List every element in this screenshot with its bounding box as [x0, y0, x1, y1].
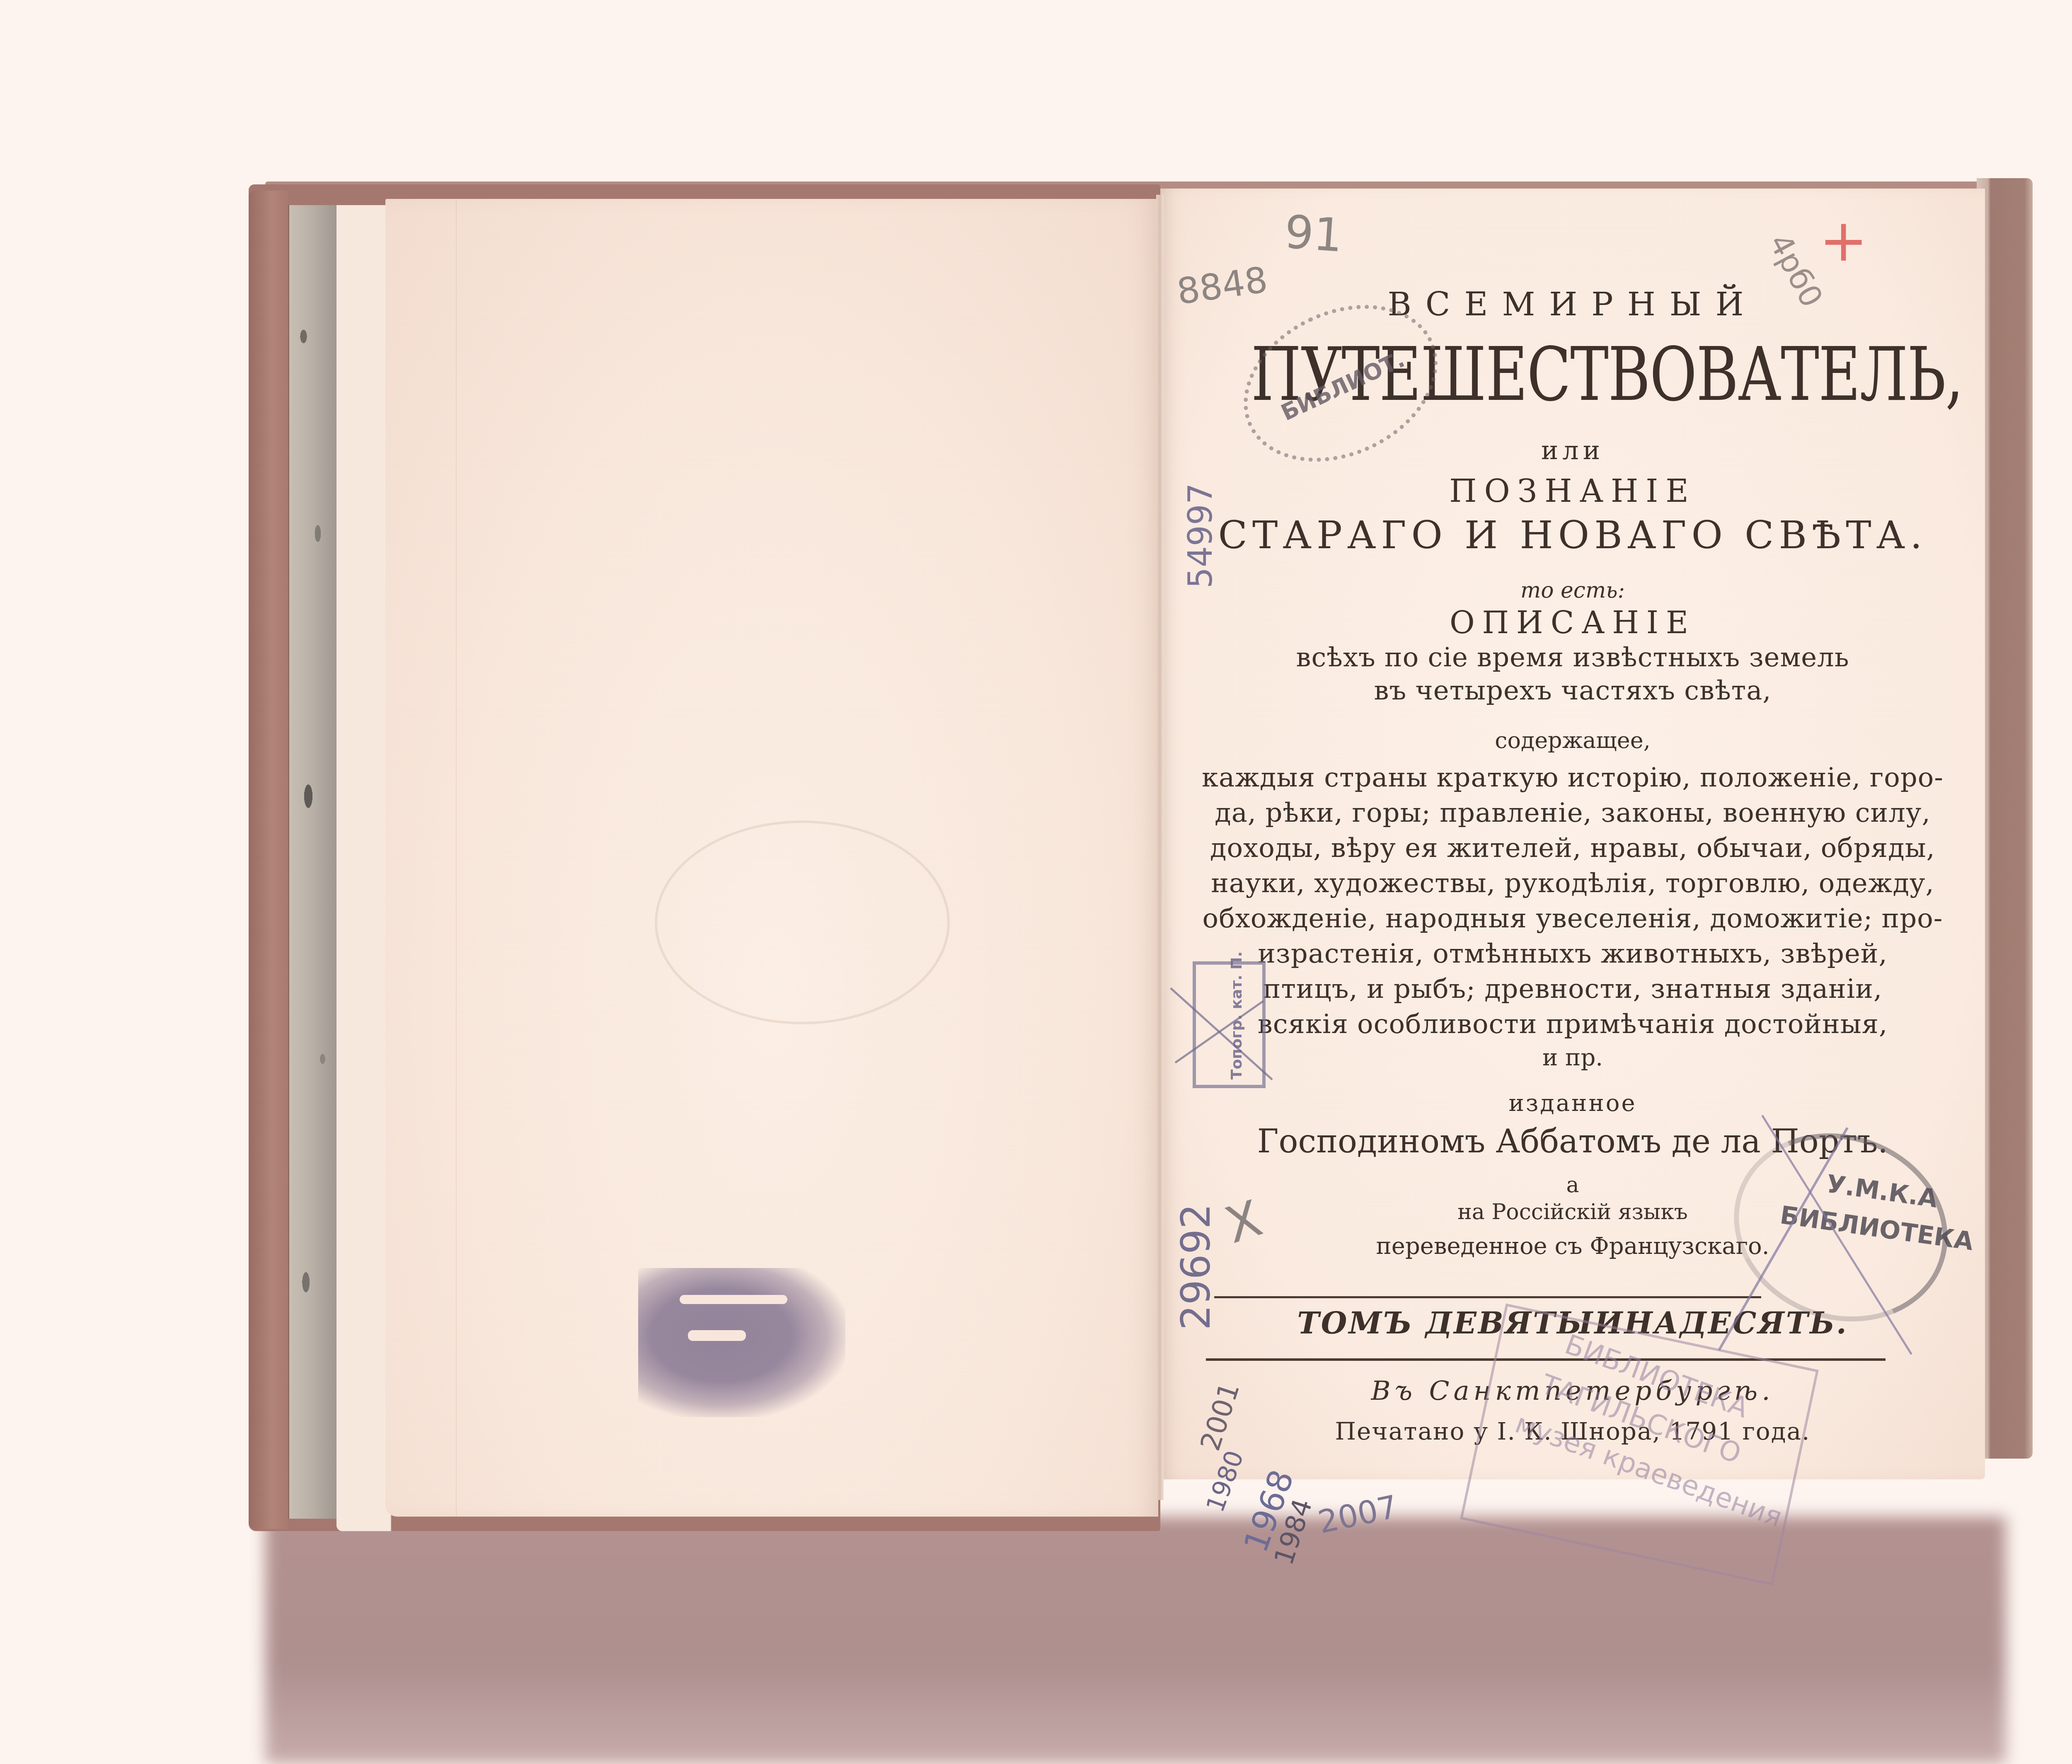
title-line-poznanie: ПОЗНАНІЕ [1160, 472, 1985, 509]
pencil-number: 91 [1283, 205, 1345, 262]
title-line-i-pr: и пр. [1160, 1044, 1985, 1071]
violet-ink-stain [638, 1268, 845, 1417]
body-line: птицъ, и рыбъ; древности, знатныя зданіи… [1160, 974, 1985, 1004]
stain-gap [680, 1295, 787, 1304]
cover-spine-edge [249, 191, 288, 1529]
accession-number: 29692 [1173, 1204, 1219, 1330]
title-line-to-est: то есть: [1160, 578, 1985, 603]
title-line-izdannoe: изданное [1160, 1090, 1985, 1117]
flyleaf [336, 205, 391, 1531]
body-line: каждыя страны краткую исторію, положеніе… [1160, 762, 1985, 793]
title-line-soderzhashchee: содержащее, [1160, 727, 1985, 753]
page-crease [456, 199, 457, 1517]
stain-gap [688, 1330, 746, 1341]
body-line: въ четырехъ частяхъ свѣта, [1160, 675, 1985, 706]
rule-divider [1214, 1296, 1761, 1298]
marbled-endpaper [288, 205, 337, 1519]
subtitle: СТАРАГО И НОВАГО СВѢТА. [1160, 513, 1985, 557]
body-line: всѣхъ по сіе время извѣстныхъ земель [1160, 642, 1985, 673]
red-pencil-mark: + [1819, 207, 1868, 275]
show-through-stamp [655, 820, 950, 1024]
title-line-vsemirny: ВСЕМИРНЫЙ [1160, 286, 1985, 323]
front-cover-edge [1977, 178, 2033, 1459]
body-line: да, рѣки, горы; правленіе, законы, военн… [1160, 798, 1985, 828]
body-line: обхожденіе, народныя увеселенія, доможит… [1160, 903, 1985, 934]
body-line: науки, художествы, рукодѣлія, торговлю, … [1160, 868, 1985, 899]
body-line: всякія особливости примѣчанія достойныя, [1160, 1009, 1985, 1040]
body-line: доходы, вѣру ея жителей, нравы, обычаи, … [1160, 833, 1985, 864]
body-line: израстенія, отмѣнныхъ животныхъ, звѣрей, [1160, 939, 1985, 969]
violet-margin-number: 54997 [1181, 483, 1220, 589]
title-line-opisanie: ОПИСАНІЕ [1160, 605, 1985, 641]
